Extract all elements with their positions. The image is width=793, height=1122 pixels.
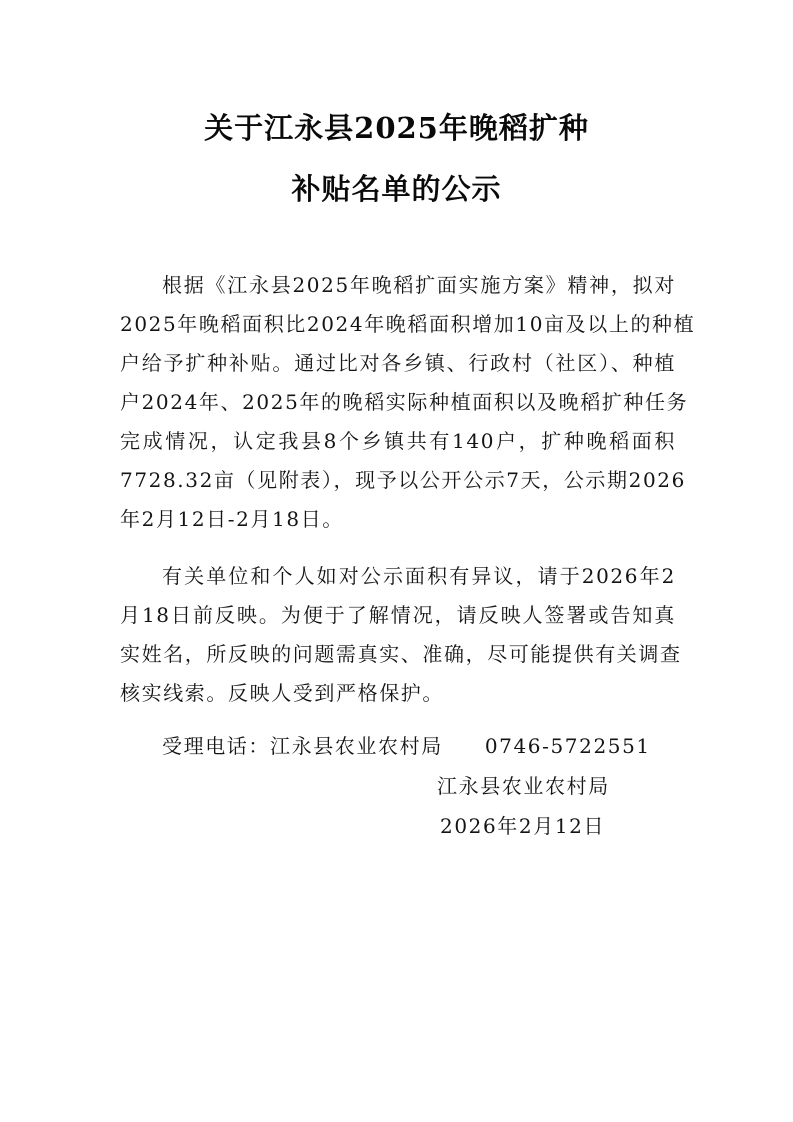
paragraph-2-line-4: 核实线索。反映人受到严格保护。 xyxy=(120,679,676,707)
paragraph-1-line-7: 年2月12日-2月18日。 xyxy=(120,505,676,533)
paragraph-1-line-2: 2025年晚稻面积比2024年晚稻面积增加10亩及以上的种植 xyxy=(120,310,676,338)
paragraph-2-line-2: 月18日前反映。为便于了解情况，请反映人签署或告知真 xyxy=(120,601,676,629)
paragraph-1-line-5: 完成情况，认定我县8个乡镇共有140户，扩种晚稻面积 xyxy=(120,427,676,455)
paragraph-2-line-1: 有关单位和个人如对公示面积有异议，请于2026年2 xyxy=(162,562,676,590)
paragraph-1-line-1: 根据《江永县2025年晚稻扩面实施方案》精神，拟对 xyxy=(162,271,676,299)
paragraph-2-line-3: 实姓名，所反映的问题需真实、准确，尽可能提供有关调查 xyxy=(120,640,676,668)
signature-organization: 江永县农业农村局 xyxy=(437,772,610,800)
contact-line: 受理电话：江永县农业农村局0746-5722551 xyxy=(162,732,651,760)
paragraph-1-line-3: 户给予扩种补贴。通过比对各乡镇、行政村（社区）、种植 xyxy=(120,349,676,377)
paragraph-1-line-6: 7728.32亩（见附表），现予以公开公示7天，公示期2026 xyxy=(120,466,676,494)
document-page: 关于江永县2025年晚稻扩种 补贴名单的公示 根据《江永县2025年晚稻扩面实施… xyxy=(0,0,793,1122)
contact-label: 受理电话：江永县农业农村局 xyxy=(162,734,443,758)
document-title-line-1: 关于江永县2025年晚稻扩种 xyxy=(0,110,793,146)
document-title-line-2: 补贴名单的公示 xyxy=(0,171,793,207)
paragraph-1-line-4: 户2024年、2025年的晚稻实际种植面积以及晚稻扩种任务 xyxy=(120,388,676,416)
contact-phone: 0746-5722551 xyxy=(485,734,651,758)
signature-date: 2026年2月12日 xyxy=(440,812,605,840)
